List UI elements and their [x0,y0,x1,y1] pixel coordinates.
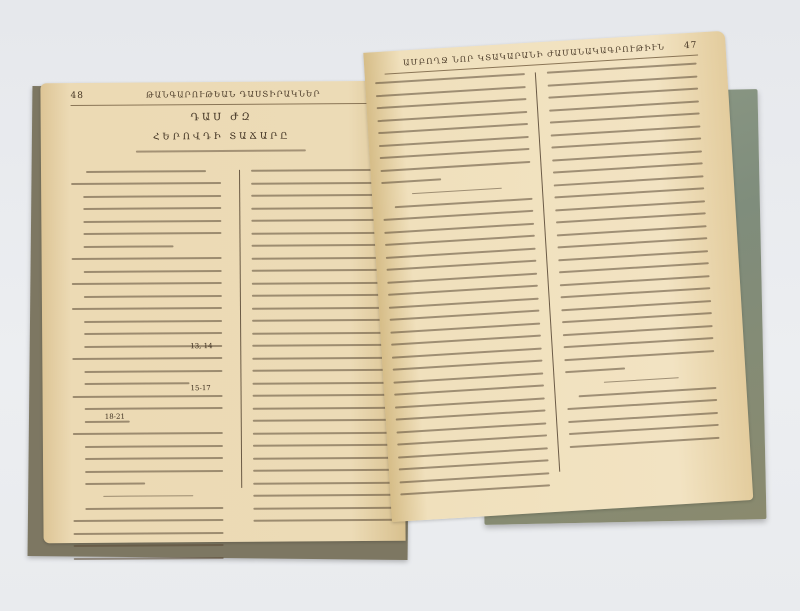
lesson-title: ՀԵՐՈՎԴԻ ՏԱՃԱՐԸ [41,131,403,144]
verse-ref-1: 13, 14 [190,342,212,350]
lesson-label: ԴԱՍ ԺԶ [41,111,403,125]
lesson-subtitle [136,149,306,162]
left-page-number: 48 [70,91,84,105]
column-divider [239,170,242,488]
verse-ref-3: 18-21 [105,413,125,421]
right-page: ԱՄԲՈՂՋ ՆՈՐ ԿՏԱԿԱՐԱՆԻ ԺԱՄԱՆԱԿԱԳՐՈՒԹԻՒՆ 47 [363,31,753,522]
left-column-1 [71,170,224,570]
left-running-header: ԹԱՆԳԱՐՈՒԹԵԱՆ ԴԱՍՏԻՐԱԿՆԵՐ [146,89,321,104]
left-page: 48 ԹԱՆԳԱՐՈՒԹԵԱՆ ԴԱՍՏԻՐԱԿՆԵՐ ԴԱՍ ԺԶ ՀԵՐՈՎ… [40,81,405,544]
right-page-number: 47 [684,40,698,55]
right-column-1 [375,73,551,506]
photo-scene: 48 ԹԱՆԳԱՐՈՒԹԵԱՆ ԴԱՍՏԻՐԱԿՆԵՐ ԴԱՍ ԺԶ ՀԵՐՈՎ… [0,0,800,611]
left-page-header: 48 ԹԱՆԳԱՐՈՒԹԵԱՆ ԴԱՍՏԻՐԱԿՆԵՐ [70,89,382,106]
right-column-2 [547,63,720,458]
verse-ref-2: 15-17 [191,384,211,392]
